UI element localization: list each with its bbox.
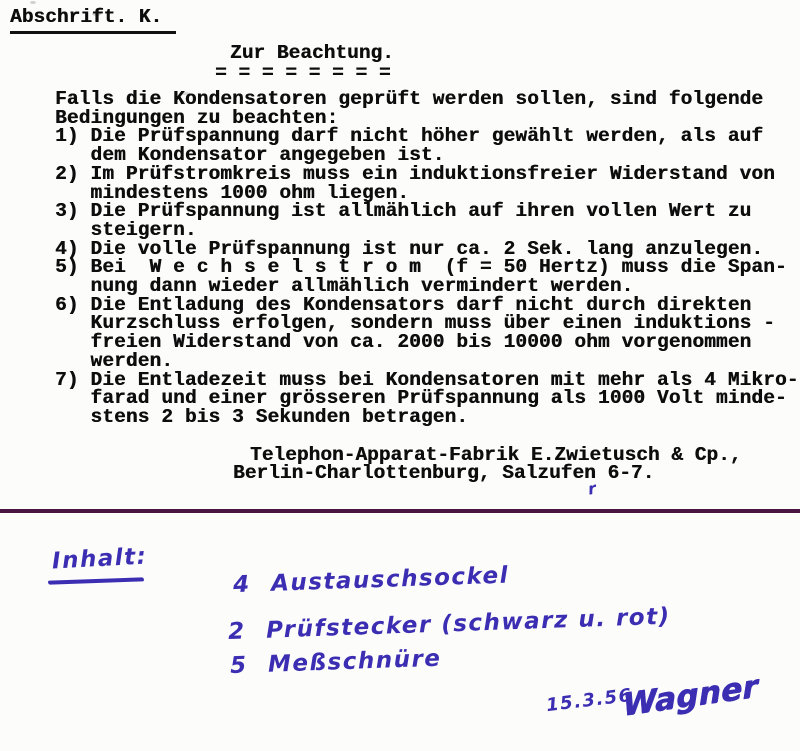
document-body: Falls die Kondensatoren geprüft werden s… xyxy=(55,90,799,427)
inhalt-label: Inhalt: xyxy=(51,544,148,575)
inhalt-underline xyxy=(48,577,144,584)
scan-speck xyxy=(30,1,36,4)
typed-body-line: stens 2 bis 3 Sekunden betragen. xyxy=(55,408,799,427)
typed-body-line: 2) Im Prüfstromkreis muss ein induktions… xyxy=(55,165,799,184)
document-label: Abschrift. K. xyxy=(10,6,176,34)
typed-body-line: Falls die Kondensatoren geprüft werden s… xyxy=(55,90,799,109)
handwritten-signature: Wagner xyxy=(622,668,759,723)
typed-body-line: nung dann wieder allmählich vermindert w… xyxy=(55,277,799,296)
scanned-document-page: Abschrift. K. Zur Beachtung. = = = = = =… xyxy=(0,0,800,751)
typed-body-line: steigern. xyxy=(55,221,799,240)
inventory-item-qty: 5 xyxy=(230,652,269,679)
heading-underline: = = = = = = = = xyxy=(215,62,391,84)
divider-line xyxy=(0,509,800,513)
document-heading: Zur Beachtung. xyxy=(230,42,394,64)
inventory-item-text: Meßschnüre xyxy=(268,646,442,678)
inventory-item: 5Meßschnüre xyxy=(191,620,443,707)
handwritten-date: 15.3.56 xyxy=(545,685,634,716)
typed-body-line: werden. xyxy=(55,352,799,371)
typed-body-line: dem Kondensator angegeben ist. xyxy=(55,146,799,165)
